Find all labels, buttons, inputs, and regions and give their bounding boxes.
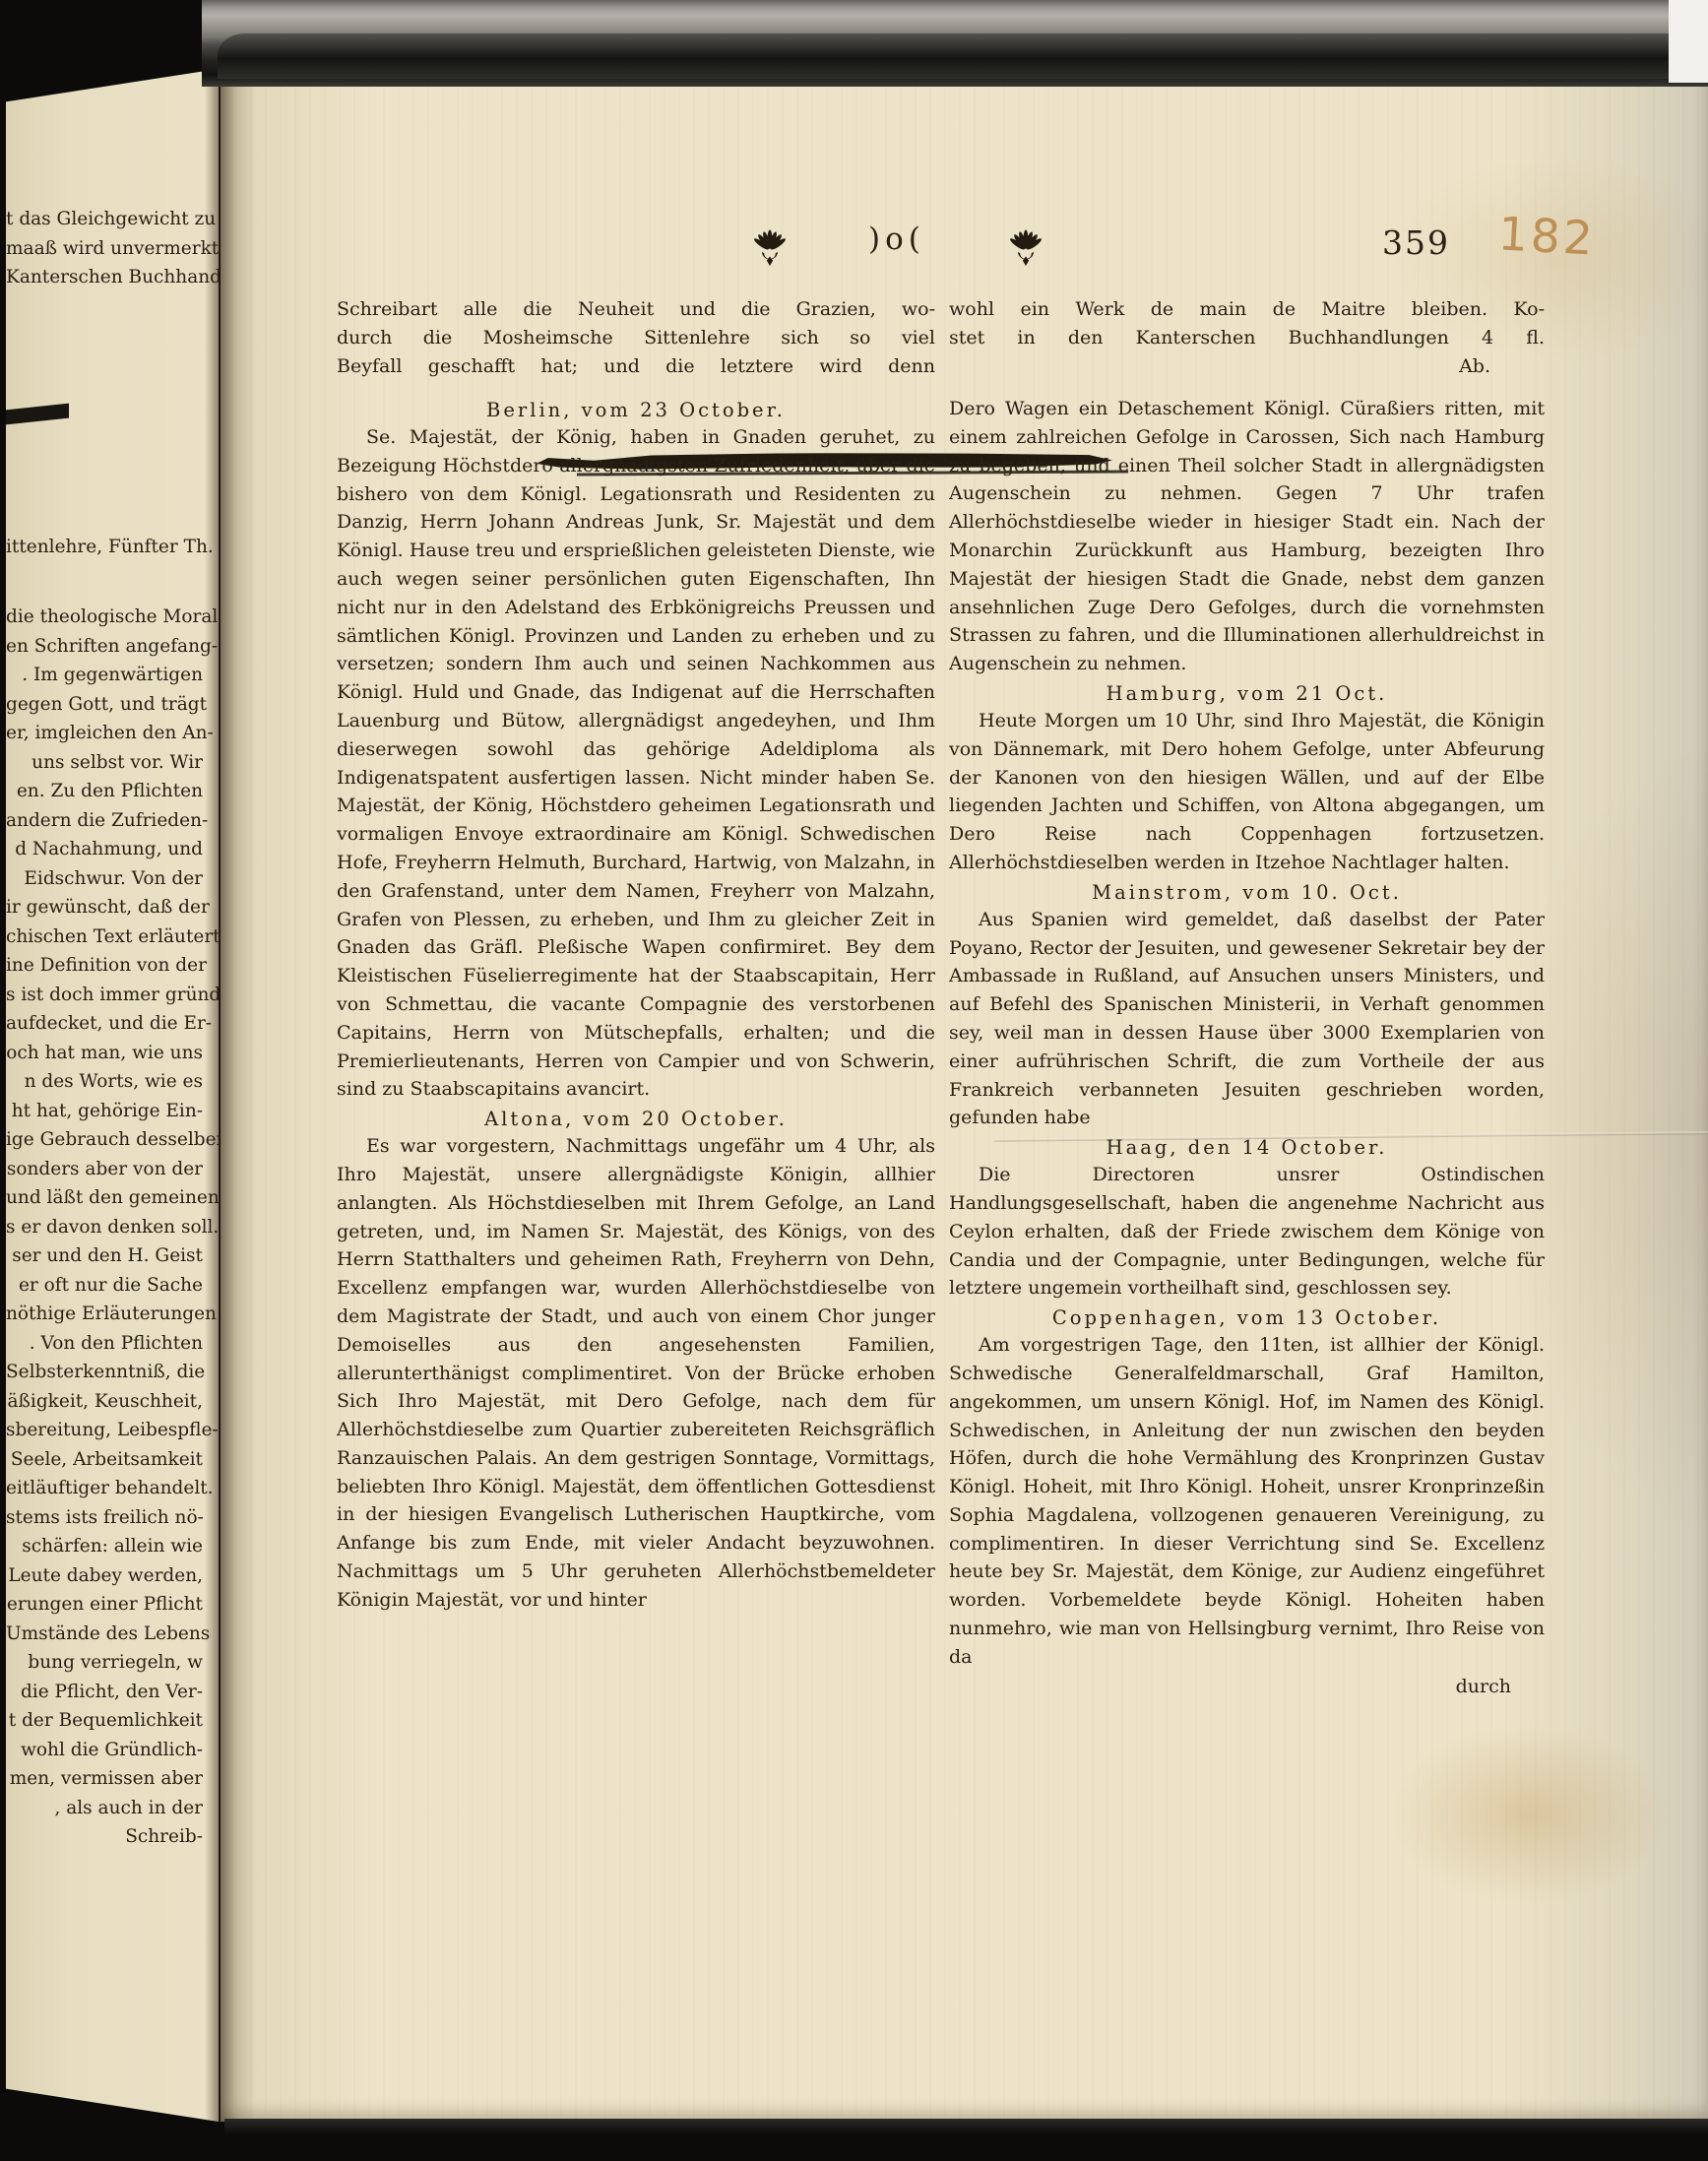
facing-page-line: die theologische Moral xyxy=(6,603,219,632)
facing-page-line: , als auch in der xyxy=(6,1794,219,1823)
article: Altona, vom 20 October.Es war vorgestern… xyxy=(337,1108,935,1615)
facing-page-line: Schreib- xyxy=(6,1822,219,1852)
facing-page-body-lines: die theologische Moralen Schriften angef… xyxy=(6,603,219,1852)
book-top-edge xyxy=(202,0,1708,87)
article-body: Heute Morgen um 10 Uhr, sind Ihro Majest… xyxy=(949,707,1545,877)
text-line: stet in den Kanterschen Buchhandlungen 4… xyxy=(949,324,1545,352)
top-section-left-column: Schreibart alle die Neuheit und die Graz… xyxy=(337,295,935,381)
facing-page-line: sbereitung, Leibespfle- xyxy=(6,1416,219,1445)
text-line: wohl ein Werk de main de Maitre bleiben.… xyxy=(949,295,1545,324)
facing-page-line: en. Zu den Pflichten xyxy=(6,777,219,806)
article-heading: Coppenhagen, vom 13 October. xyxy=(949,1306,1545,1329)
article-body: Die Directoren unsrer Ostindischen Handl… xyxy=(949,1161,1545,1303)
facing-page-line: ir gewünscht, daß der xyxy=(6,893,219,922)
text-line: Schreibart alle die Neuheit und die Graz… xyxy=(337,295,935,324)
article: Berlin, vom 23 October.Se. Majestät, der… xyxy=(337,399,935,1104)
article-heading: Hamburg, vom 21 Oct. xyxy=(949,682,1545,705)
facing-page-line: äßigkeit, Keuschheit, xyxy=(6,1387,219,1417)
article-body: Am vorgestrigen Tage, den 11ten, ist all… xyxy=(949,1331,1545,1672)
article-heading: Haag, den 14 October. xyxy=(949,1136,1545,1159)
page-content: Schreibart alle die Neuheit und die Graz… xyxy=(221,74,1708,1701)
article: Coppenhagen, vom 13 October.Am vorgestri… xyxy=(949,1306,1545,1672)
facing-page-line: en Schriften angefang- xyxy=(6,632,219,662)
text-line: durch die Mosheimsche Sittenlehre sich s… xyxy=(337,324,935,352)
book-scan: t das Gleichgewicht zumaaß wird unvermer… xyxy=(0,0,1708,2161)
book-bottom-edge xyxy=(224,2119,1708,2134)
article: Haag, den 14 October.Die Directoren unsr… xyxy=(949,1136,1545,1303)
facing-page-line: Selbsterkenntniß, die xyxy=(6,1358,219,1387)
catchword: durch xyxy=(949,1672,1545,1701)
facing-page-line: Seele, Arbeitsamkeit xyxy=(6,1445,219,1475)
article-body: Aus Spanien wird gemeldet, daß daselbst … xyxy=(949,906,1545,1132)
facing-page-line: sonders aber von der xyxy=(6,1155,219,1184)
text-line: Beyfall geschafft hat; und die letztere … xyxy=(337,352,935,381)
article: Hamburg, vom 21 Oct.Heute Morgen um 10 U… xyxy=(949,682,1545,877)
top-section-right-column: wohl ein Werk de main de Maitre bleiben.… xyxy=(949,295,1545,381)
facing-page-line: eitläuftiger behandelt. xyxy=(6,1474,219,1503)
right-column-articles: Dero Wagen ein Detaschement Königl. Cüra… xyxy=(949,395,1545,1672)
facing-page-middle-lines: ittenlehre, Fünfter Th. xyxy=(6,533,219,562)
left-column: Berlin, vom 23 October.Se. Majestät, der… xyxy=(337,395,935,1701)
article-heading: Berlin, vom 23 October. xyxy=(337,399,935,421)
facing-page-line: stems ists freilich nö- xyxy=(6,1503,219,1533)
article-body: Dero Wagen ein Detaschement Königl. Cüra… xyxy=(949,395,1545,678)
facing-page-line: er oft nur die Sache xyxy=(6,1271,219,1301)
facing-page-line: t der Bequemlichkeit xyxy=(6,1706,219,1736)
scan-background-corner xyxy=(1669,0,1708,83)
facing-page-line: och hat man, wie uns xyxy=(6,1039,219,1068)
article-body: Se. Majestät, der König, haben in Gnaden… xyxy=(337,423,935,1104)
facing-page-line: t das Gleichgewicht zu xyxy=(6,205,219,234)
article-heading: Altona, vom 20 October. xyxy=(337,1108,935,1130)
facing-page-line: Umstände des Lebens xyxy=(6,1620,219,1649)
facing-page-line: nöthige Erläuterungen xyxy=(6,1300,219,1329)
facing-page-line: ht hat, gehörige Ein- xyxy=(6,1097,219,1126)
facing-page-line: wohl die Gründlich- xyxy=(6,1736,219,1765)
facing-page-line: . Im gegenwärtigen xyxy=(6,661,219,690)
facing-page-rule xyxy=(6,403,69,424)
facing-page-line: . Von den Pflichten xyxy=(6,1329,219,1359)
facing-page-top-lines: t das Gleichgewicht zumaaß wird unvermer… xyxy=(6,205,219,292)
article-signature: Ab. xyxy=(949,352,1545,381)
facing-page-line: aufdecket, und die Er- xyxy=(6,1009,219,1039)
article: Mainstrom, vom 10. Oct.Aus Spanien wird … xyxy=(949,881,1545,1132)
right-column: Dero Wagen ein Detaschement Königl. Cüra… xyxy=(949,395,1545,1701)
facing-page-line: andern die Zufrieden- xyxy=(6,806,219,836)
facing-page-line: men, vermissen aber xyxy=(6,1764,219,1794)
facing-page-line: ittenlehre, Fünfter Th. xyxy=(6,533,219,562)
article-body: Es war vorgestern, Nachmittags ungefähr … xyxy=(337,1132,935,1615)
facing-page-line: maaß wird unvermerkt xyxy=(6,234,219,264)
facing-page-line: schärfen: allein wie xyxy=(6,1532,219,1561)
page-359: )o( 359 182 Schreibart alle die Neuheit … xyxy=(219,74,1708,2122)
facing-page-line: ine Definition von der xyxy=(6,951,219,981)
facing-page-line: gegen Gott, und trägt xyxy=(6,690,219,720)
facing-page-line: uns selbst vor. Wir xyxy=(6,748,219,778)
top-section-right-lines: wohl ein Werk de main de Maitre bleiben.… xyxy=(949,295,1545,352)
facing-page-line: bung verriegeln, w xyxy=(6,1648,219,1678)
facing-page-line: s ist doch immer gründ- xyxy=(6,981,219,1010)
facing-page-line: erungen einer Pflicht xyxy=(6,1590,219,1620)
facing-page-line: die Pflicht, den Ver- xyxy=(6,1678,219,1707)
news-columns: Berlin, vom 23 October.Se. Majestät, der… xyxy=(337,395,1564,1701)
facing-page-line: Eidschwur. Von der xyxy=(6,864,219,894)
facing-page-line: n des Worts, wie es xyxy=(6,1067,219,1097)
facing-page-line: ser und den H. Geist xyxy=(6,1241,219,1271)
facing-page-line: ige Gebrauch desselben xyxy=(6,1125,219,1155)
article-heading: Mainstrom, vom 10. Oct. xyxy=(949,881,1545,904)
facing-page-line: Leute dabey werden, xyxy=(6,1561,219,1591)
facing-page: t das Gleichgewicht zumaaß wird unvermer… xyxy=(6,69,219,2122)
facing-page-line: und läßt den gemeinen xyxy=(6,1183,219,1213)
facing-page-line: Kanterschen Buchhand- xyxy=(6,263,219,292)
book-cover-band xyxy=(218,33,1708,79)
article: Dero Wagen ein Detaschement Königl. Cüra… xyxy=(949,395,1545,678)
facing-page-line: d Nachahmung, und xyxy=(6,835,219,864)
facing-page-line: chischen Text erläutert xyxy=(6,922,219,952)
facing-page-line: s er davon denken soll. xyxy=(6,1213,219,1242)
facing-page-line: er, imgleichen den An- xyxy=(6,719,219,748)
top-section: Schreibart alle die Neuheit und die Graz… xyxy=(337,295,1564,381)
